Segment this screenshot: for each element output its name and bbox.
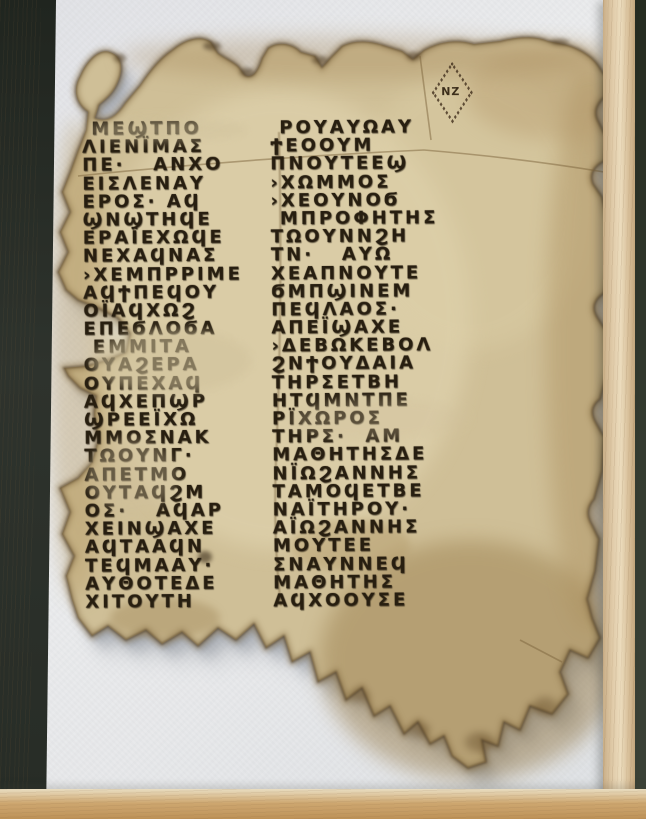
frame-bottom-rail — [0, 789, 646, 819]
folio-number-ornament: ΝΖ — [428, 63, 474, 121]
text-line: ΧΙΤΟΥΤΗ — [85, 592, 245, 611]
abrasion-patch — [288, 397, 468, 440]
wood-grain — [0, 789, 646, 819]
abrasion-patch — [86, 439, 177, 512]
text-column-right: ΡΟΥΑΥΩΑΥϮΕΟΟΥΜΠΝΟΥΤΕΕϢ›ΧΩΜΜΟΣ›ΧΕΟΥΝΟϬ ΜΠ… — [270, 118, 441, 610]
text-line: ΑϤΧΟΟΥΣΕ — [273, 591, 441, 610]
framed-manuscript-photo: ΜΕϢΤΠΟΛΙΕΝΪΜΑΣΠΕ· ΑΝΧΟΕΙΣΛΕΝΑΥΕΡΟΣ· ΑϤϢΝ… — [0, 0, 646, 819]
folio-number: ΝΖ — [428, 85, 474, 98]
manuscript-text: ΜΕϢΤΠΟΛΙΕΝΪΜΑΣΠΕ· ΑΝΧΟΕΙΣΛΕΝΑΥΕΡΟΣ· ΑϤϢΝ… — [0, 0, 646, 819]
frame-right-rail — [603, 0, 635, 819]
wood-grain — [603, 0, 635, 819]
